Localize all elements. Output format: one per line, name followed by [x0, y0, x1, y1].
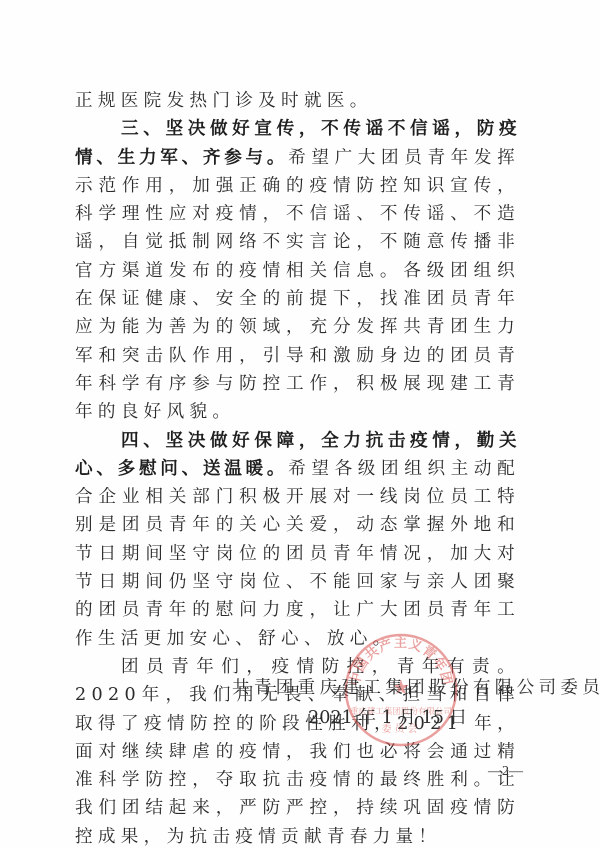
paragraph-section-three: 三、坚决做好宣传，不传谣不信谣，防疫情、生力军、齐参与。希望广大团员青年发挥示范…	[75, 115, 520, 426]
signature-date: 2021 年 1 月 15 日	[308, 704, 467, 729]
paragraph-text: 希望各级团组织主动配合企业相关部门积极开展对一线岗位员工特别是团员青年的关心关爱…	[75, 459, 520, 649]
document-page: 正规医院发热门诊及时就医。 三、坚决做好宣传，不传谣不信谣，防疫情、生力军、齐参…	[0, 0, 600, 848]
signature-organization: 共青团重庆建工集团股份有限公司委员会	[232, 674, 522, 699]
paragraph-text: 正规医院发热门诊及时就医。	[75, 91, 373, 111]
page-number: —2—	[488, 764, 523, 780]
paragraph-section-four: 四、坚决做好保障，全力抗击疫情，勤关心、多慰问、送温暖。希望各级团组织主动配合企…	[75, 427, 520, 653]
paragraph-continuation: 正规医院发热门诊及时就医。	[75, 87, 520, 115]
paragraph-text: 希望广大团员青年发挥示范作用，加强正确的疫情防控知识宣传，科学理性应对疫情，不信…	[75, 148, 520, 423]
